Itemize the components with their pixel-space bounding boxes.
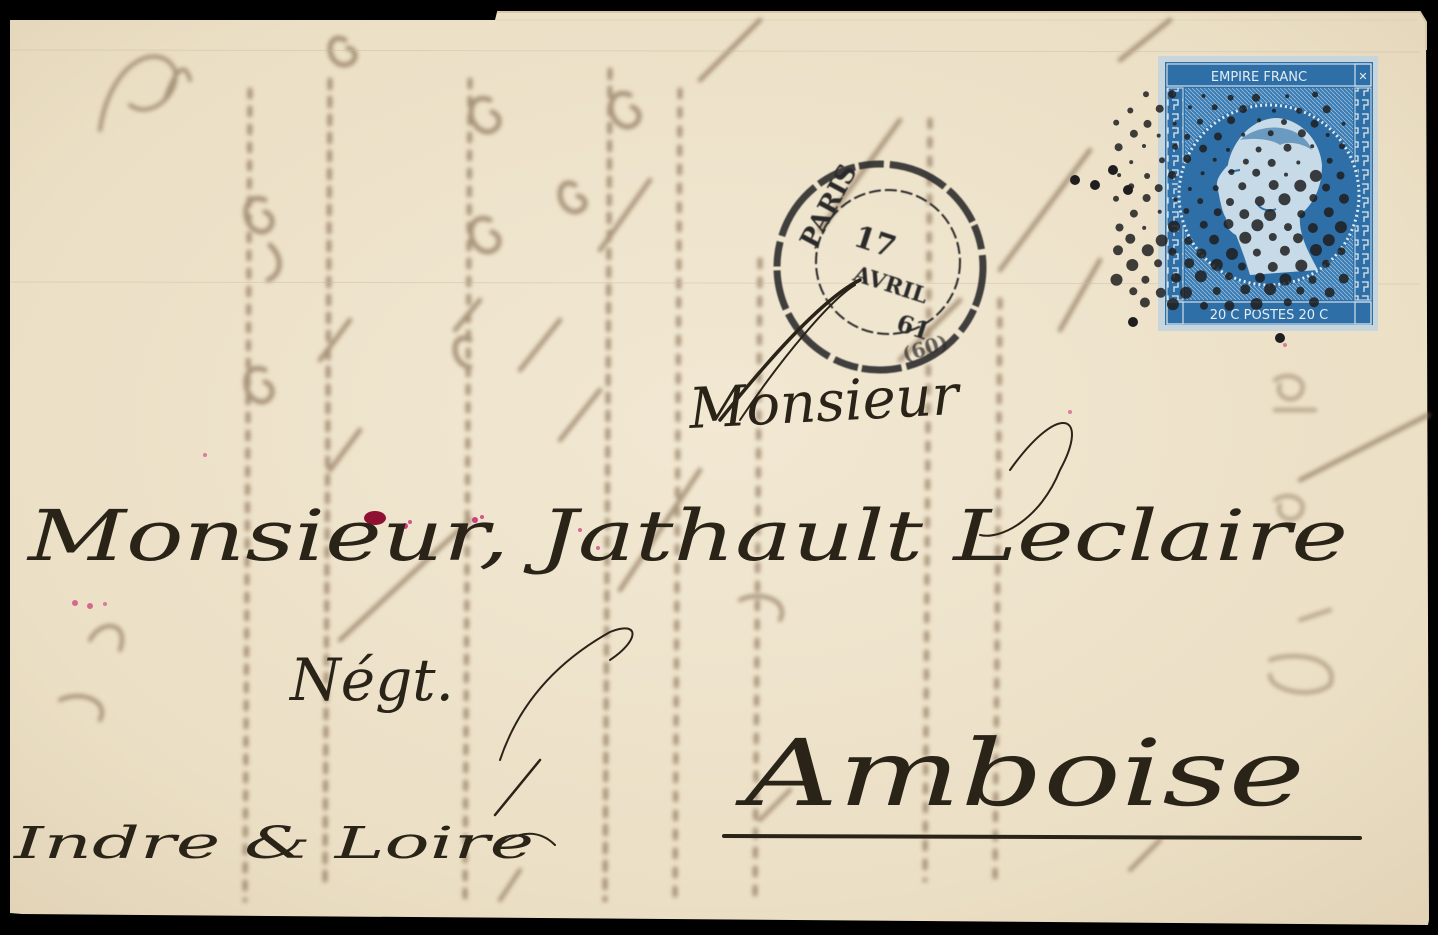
svg-text:✕: ✕ [1358, 70, 1367, 83]
address-line-occupation: Négt. [288, 646, 454, 714]
stamp-top-text: EMPIRE FRANC [1211, 70, 1307, 85]
city-underline [724, 836, 1360, 838]
letter-cover: PARIS 17 AVRIL 61 (60) EMPIRE FRANC ✕ [0, 0, 1438, 935]
address-department: Indre & Loire [12, 818, 534, 869]
address-line-name: Monsieur, Jathault Leclaire [25, 495, 1348, 577]
address-city: Amboise [734, 720, 1305, 827]
